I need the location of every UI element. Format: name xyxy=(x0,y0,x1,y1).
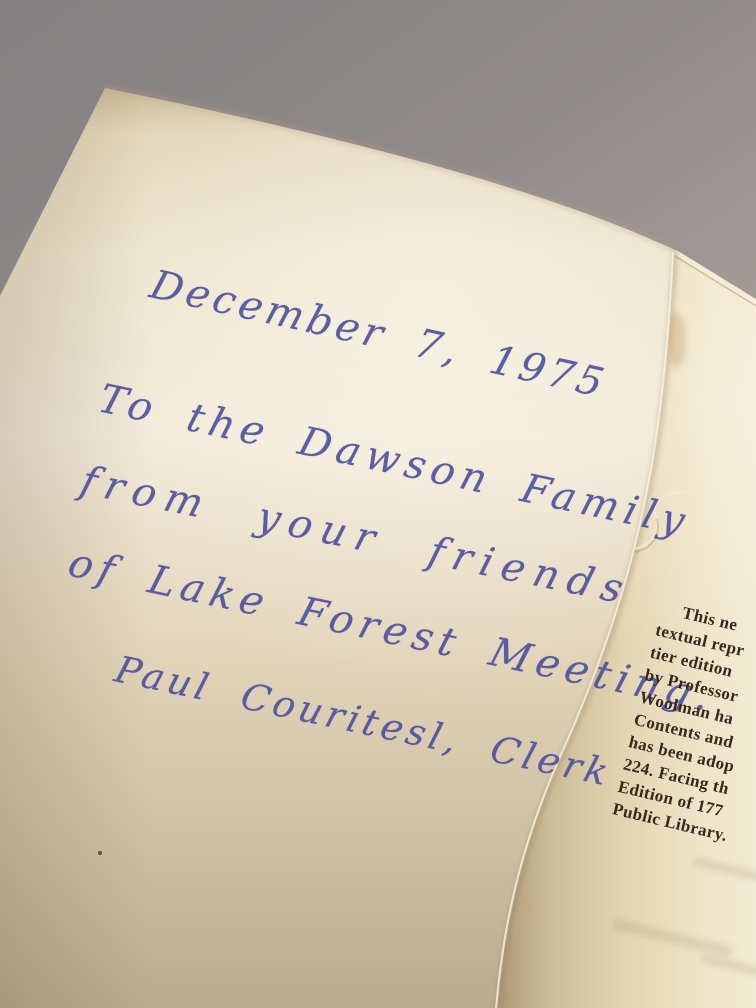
photo-book-inscription: December 7, 1975 To the Dawson Family fr… xyxy=(0,0,756,1008)
paper-speck xyxy=(98,851,102,855)
edge-stain xyxy=(522,897,532,915)
